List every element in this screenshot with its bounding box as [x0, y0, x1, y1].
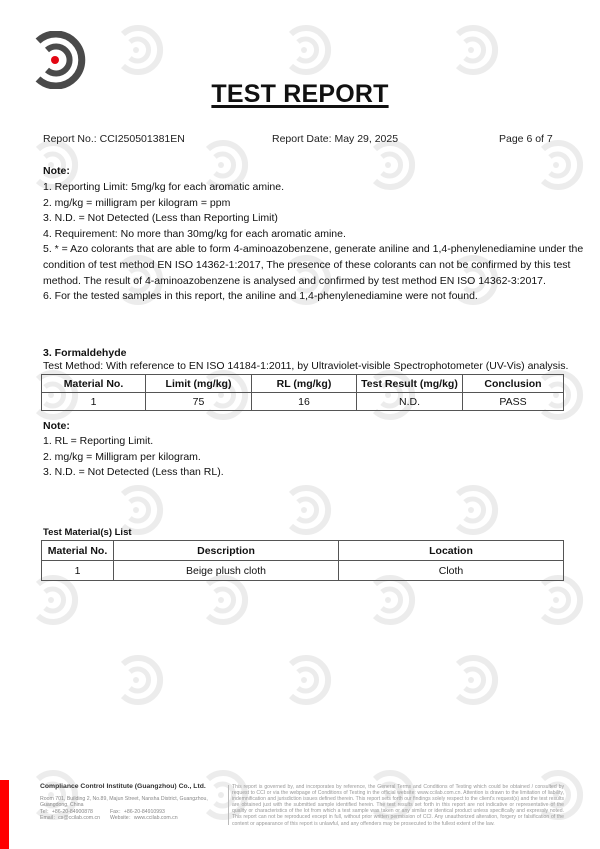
watermark-logo-icon	[535, 575, 585, 625]
column-header: Limit (mg/kg)	[146, 375, 252, 393]
azo-note-line: 4. Requirement: No more than 30mg/kg for…	[43, 227, 583, 243]
azo-note-line: method. The result of 4-aminoazobenzene …	[43, 274, 583, 290]
watermark-logo-icon	[283, 485, 333, 535]
column-header: Test Result (mg/kg)	[357, 375, 463, 393]
column-header: Material No.	[42, 541, 114, 561]
azo-note-line: 5. * = Azo colorants that are able to fo…	[43, 242, 583, 258]
materials-heading: Test Material(s) List	[43, 527, 132, 538]
footer-legal-text: This report is governed by, and incorpor…	[232, 784, 564, 827]
formaldehyde-note-line: 3. N.D. = Not Detected (Less than RL).	[43, 465, 224, 481]
table-row: 1 75 16 N.D. PASS	[42, 393, 564, 411]
footer-website[interactable]: Website：www.ccilab.com.cn	[110, 815, 178, 821]
watermark-logo-icon	[450, 25, 500, 75]
materials-table: Material No. Description Location 1 Beig…	[41, 540, 564, 581]
footer-divider	[228, 785, 229, 825]
azo-note-line: 2. mg/kg = milligram per kilogram = ppm	[43, 196, 583, 212]
limit-cell: 75	[146, 393, 252, 411]
azo-note-line: condition of test method EN ISO 14362-1:…	[43, 258, 583, 274]
footer-fax: Fax：+86-20-84910993	[110, 809, 165, 815]
azo-note-heading: Note:	[43, 165, 70, 177]
formaldehyde-table: Material No. Limit (mg/kg) RL (mg/kg) Te…	[41, 374, 564, 411]
azo-note-line: 1. Reporting Limit: 5mg/kg for each arom…	[43, 180, 583, 196]
location-cell: Cloth	[339, 561, 564, 581]
column-header: Description	[114, 541, 339, 561]
column-header: Material No.	[42, 375, 146, 393]
watermark-logo-icon	[200, 575, 250, 625]
material-no-cell: 1	[42, 561, 114, 581]
table-header-row: Material No. Description Location	[42, 541, 564, 561]
formaldehyde-note-line: 2. mg/kg = Milligram per kilogram.	[43, 450, 224, 466]
column-header: Conclusion	[463, 375, 564, 393]
watermark-logo-icon	[30, 575, 80, 625]
watermark-logo-icon	[115, 25, 165, 75]
material-no-cell: 1	[42, 393, 146, 411]
footer-company-name: Compliance Control Institute (Guangzhou)…	[40, 783, 206, 790]
description-cell: Beige plush cloth	[114, 561, 339, 581]
formaldehyde-note-heading: Note:	[43, 420, 70, 432]
footer-contact: Room 701, Building 2, No.89, Majun Stree…	[40, 796, 208, 821]
footer-red-bar	[0, 780, 9, 849]
table-row: 1 Beige plush cloth Cloth	[42, 561, 564, 581]
watermark-logo-icon	[283, 25, 333, 75]
formaldehyde-note-line: 1. RL = Reporting Limit.	[43, 434, 224, 450]
footer-email-web: Email：cs@ccilab.com.cnWebsite：www.ccilab…	[40, 815, 208, 821]
formaldehyde-test-method: Test Method: With reference to EN ISO 14…	[43, 359, 568, 375]
footer-email[interactable]: Email：cs@ccilab.com.cn	[40, 815, 110, 821]
report-number: Report No.: CCI250501381EN	[43, 133, 185, 145]
azo-notes: 1. Reporting Limit: 5mg/kg for each arom…	[43, 180, 583, 305]
table-header-row: Material No. Limit (mg/kg) RL (mg/kg) Te…	[42, 375, 564, 393]
rl-cell: 16	[252, 393, 357, 411]
formaldehyde-heading: 3. Formaldehyde	[43, 347, 126, 359]
column-header: Location	[339, 541, 564, 561]
page-title: TEST REPORT	[0, 80, 600, 109]
conclusion-cell: PASS	[463, 393, 564, 411]
azo-note-line: 6. For the tested samples in this report…	[43, 289, 583, 305]
test-result-cell: N.D.	[357, 393, 463, 411]
page-number: Page 6 of 7	[499, 133, 553, 145]
formaldehyde-notes: 1. RL = Reporting Limit. 2. mg/kg = Mill…	[43, 434, 224, 481]
watermark-logo-icon	[115, 655, 165, 705]
column-header: RL (mg/kg)	[252, 375, 357, 393]
watermark-logo-icon	[367, 575, 417, 625]
azo-note-line: 3. N.D. = Not Detected (Less than Report…	[43, 211, 583, 227]
watermark-logo-icon	[283, 655, 333, 705]
watermark-logo-icon	[450, 485, 500, 535]
watermark-logo-icon	[450, 655, 500, 705]
report-date: Report Date: May 29, 2025	[272, 133, 398, 145]
